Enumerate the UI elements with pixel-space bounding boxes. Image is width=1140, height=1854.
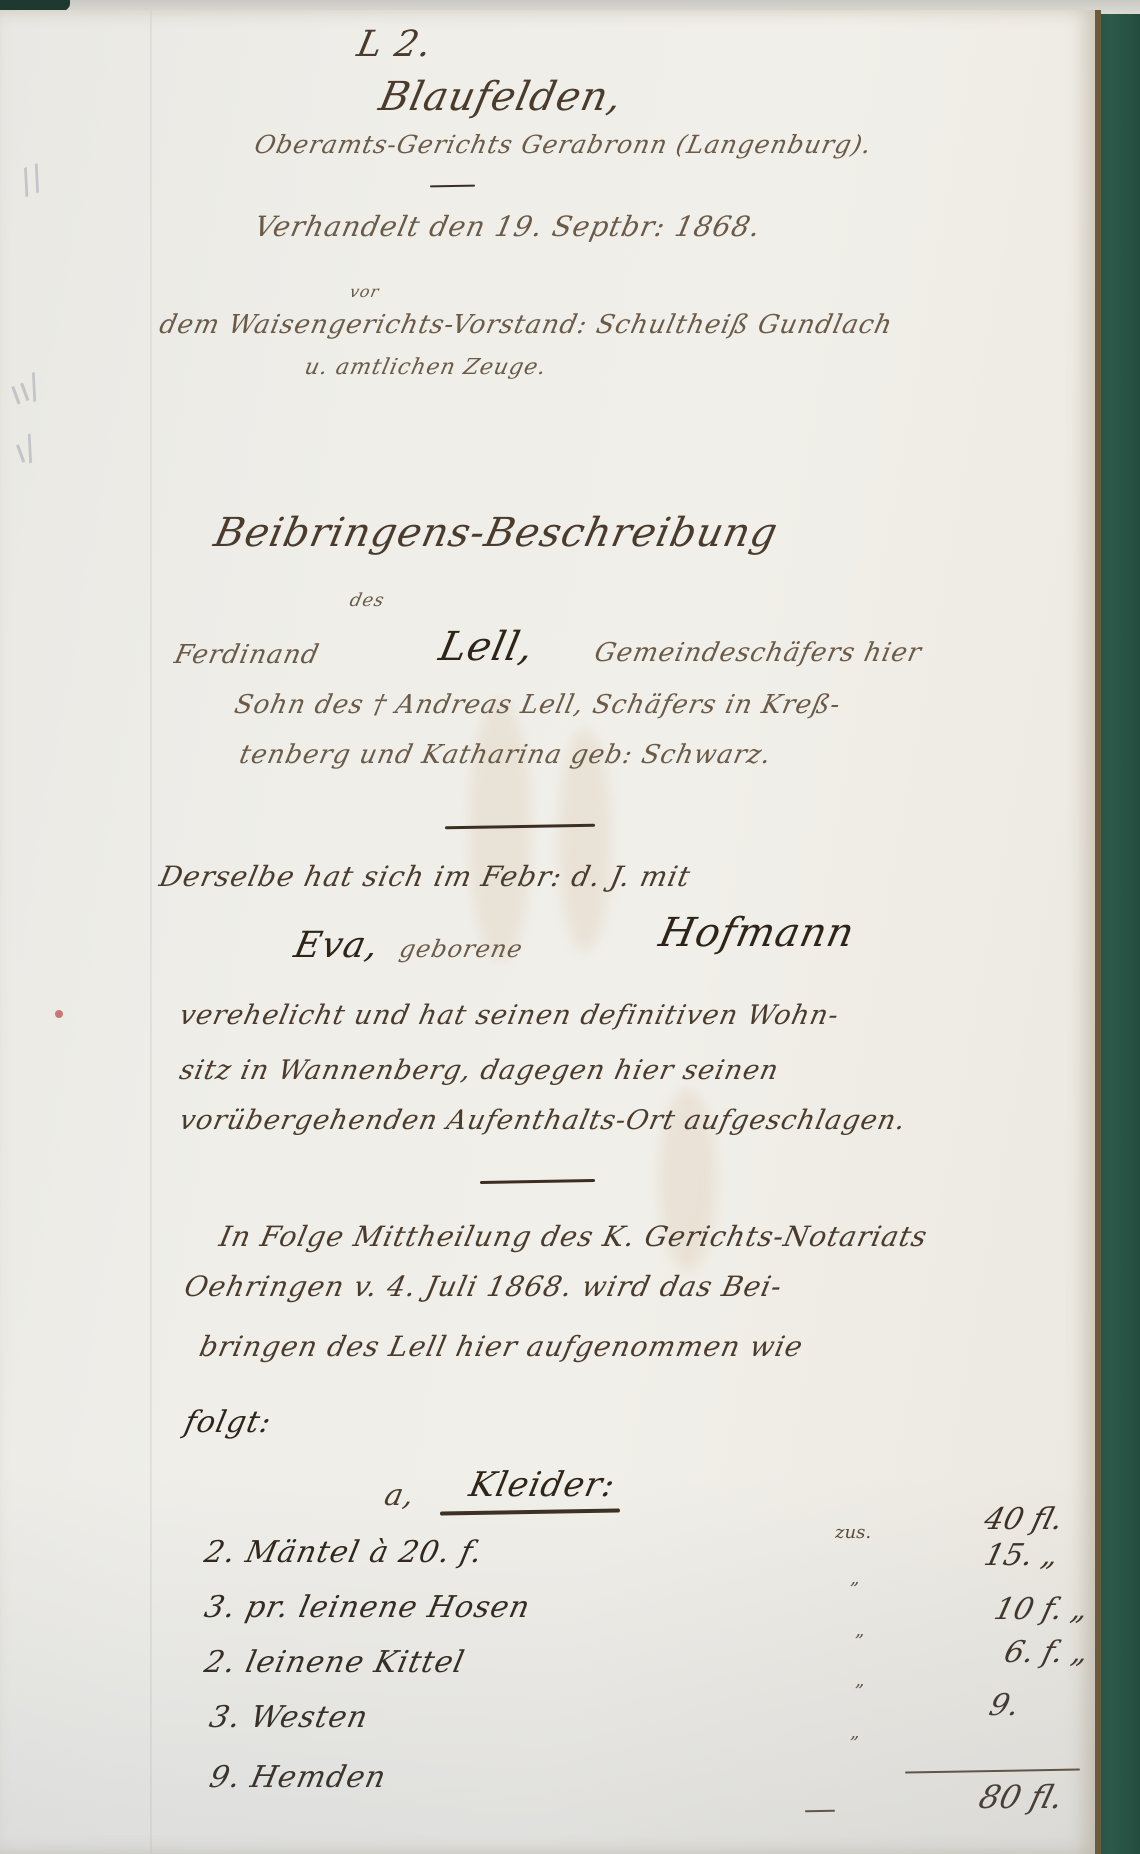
occupation: Gemeindeschäfers hier <box>592 638 925 668</box>
item-description: 3. Westen <box>206 1700 371 1735</box>
section-label: a, <box>381 1478 418 1513</box>
bride-maiden-name: Hofmann <box>655 910 859 956</box>
dash-mark <box>805 1810 835 1813</box>
total-amount: 80 fl. <box>975 1778 1067 1816</box>
item-description: 9. Hemden <box>206 1760 389 1795</box>
document-title: Beibringens-Beschreibung <box>210 510 782 556</box>
first-name: Ferdinand <box>172 640 322 670</box>
place-heading: Blaufelden, <box>375 74 627 120</box>
item-amount: 9. <box>986 1688 1023 1723</box>
pencil-mark: ı/ <box>9 428 42 473</box>
date-line: Verhandelt den 19. Septbr: 1868. <box>251 210 764 243</box>
surname: Lell, <box>435 624 538 670</box>
pencil-mark: // <box>14 157 49 202</box>
item-description: 2. Mäntel à 20. f. <box>201 1535 486 1570</box>
of-word: des <box>348 590 387 611</box>
red-mark <box>55 1010 63 1018</box>
item-amount: 40 fl. <box>981 1502 1067 1537</box>
parents-line-2: tenberg und Katharina geb: Schwarz. <box>237 740 775 770</box>
officials-line-2: u. amtlichen Zeuge. <box>302 355 549 380</box>
item-description: 3. pr. leinene Hosen <box>201 1590 533 1625</box>
paragraph-2-line-4: folgt: <box>181 1405 275 1440</box>
paragraph-2-line-1: In Folge Mittheilung des K. Gerichts-Not… <box>216 1220 930 1253</box>
document-page: // ıı/ ı/ L 2. Blaufelden, Oberamts-Geri… <box>0 10 1101 1854</box>
item-ditto: „ <box>855 1620 864 1641</box>
district-line: Oberamts-Gerichts Gerabronn (Langenburg)… <box>252 130 875 159</box>
item-amount: 15. „ <box>981 1538 1063 1573</box>
section-underline <box>440 1508 620 1515</box>
section-title: Kleider: <box>466 1465 619 1505</box>
folio-mark: L 2. <box>354 24 436 65</box>
divider <box>430 185 475 188</box>
item-description: 2. leinene Kittel <box>201 1645 468 1680</box>
officials-line: dem Waisengerichts-Vorstand: Schultheiß … <box>157 310 896 340</box>
item-amount: 6. f. „ <box>1001 1635 1093 1670</box>
before-word: vor <box>348 282 381 301</box>
divider <box>480 1179 595 1184</box>
paragraph-1-line-5: vorübergehenden Aufenthalts-Ort aufgesch… <box>177 1105 909 1136</box>
item-ditto: zus. <box>835 1522 871 1543</box>
paragraph-1-line-4: sitz in Wannenberg, dagegen hier seinen <box>177 1055 782 1086</box>
paragraph-1-line-3: verehelicht und hat seinen definitiven W… <box>177 1000 842 1031</box>
pencil-mark: ıı/ <box>4 366 46 414</box>
sum-line <box>905 1768 1080 1773</box>
parents-line-1: Sohn des † Andreas Lell, Schäfers in Kre… <box>232 690 844 720</box>
item-ditto: „ <box>850 1722 859 1743</box>
born-word: geborene <box>397 935 526 963</box>
water-stain <box>470 700 530 960</box>
paragraph-2-line-2: Oehringen v. 4. Juli 1868. wird das Bei- <box>181 1270 785 1303</box>
item-amount: 10 f. „ <box>991 1592 1092 1627</box>
item-ditto: „ <box>855 1670 864 1691</box>
paragraph-1-line-1: Derselbe hat sich im Febr: d. J. mit <box>156 860 693 893</box>
paragraph-2-line-3: bringen des Lell hier aufgenommen wie <box>196 1330 806 1363</box>
bride-first-name: Eva, <box>291 925 383 966</box>
item-ditto: „ <box>850 1568 859 1589</box>
